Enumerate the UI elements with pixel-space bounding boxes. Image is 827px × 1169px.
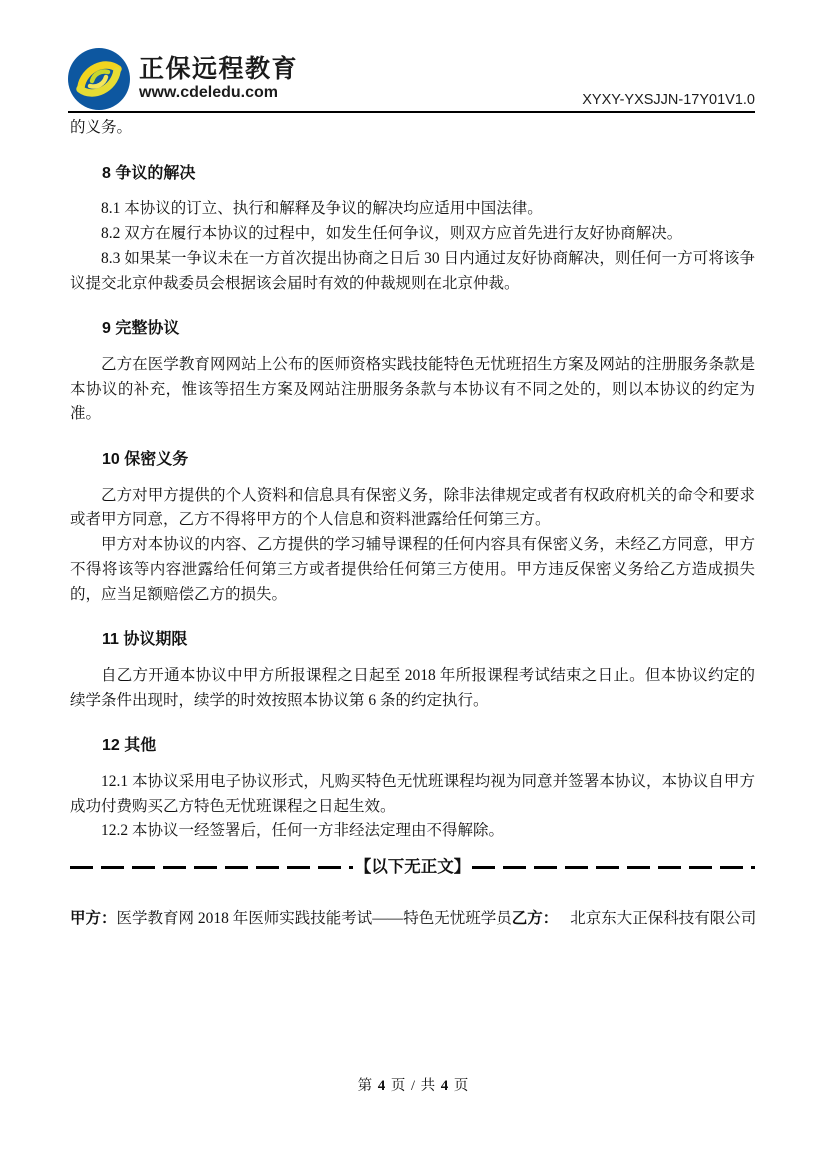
party-a-value: 医学教育网 2018 年医师实践技能考试——特色无忧班学员: [117, 910, 512, 927]
cdeledu-logo-icon: [68, 48, 130, 110]
section-12-heading: 12 其他: [70, 734, 755, 759]
page-number-middle: 页 / 共: [391, 1078, 436, 1094]
signature-row: 甲方：医学教育网 2018 年医师实践技能考试——特色无忧班学员 乙方：北京东大…: [70, 907, 755, 932]
party-a-label: 甲方：: [70, 910, 117, 927]
clause-12-1: 12.1 本协议采用电子协议形式，凡购买特色无忧班课程均视为同意并签署本协议，本…: [70, 770, 755, 819]
document-code: XYXY-YXSJJN-17Y01V1.0: [582, 92, 755, 111]
total-page-number: 4: [441, 1078, 450, 1094]
page-number-suffix: 页: [454, 1078, 470, 1094]
clause-12-2: 12.2 本协议一经签署后，任何一方非经法定理由不得解除。: [70, 819, 755, 844]
clause-11-text: 自乙方开通本协议中甲方所报课程之日起至 2018 年所报课程考试结束之日止。但本…: [70, 664, 755, 713]
clause-8-1: 8.1 本协议的订立、执行和解释及争议的解决均应适用中国法律。: [70, 197, 755, 222]
page-header: 正保远程教育 www.cdeledu.com XYXY-YXSJJN-17Y01…: [68, 46, 755, 113]
section-8-heading: 8 争议的解决: [70, 162, 755, 187]
end-of-text-label: 【以下无正文】: [353, 855, 473, 880]
section-10-heading: 10 保密义务: [70, 448, 755, 473]
clause-8-2: 8.2 双方在履行本协议的过程中，如发生任何争议，则双方应首先进行友好协商解决。: [70, 222, 755, 247]
dash-line-left: [70, 866, 353, 869]
party-b: 乙方：北京东大正保科技有限公司: [512, 907, 757, 932]
dash-line-right: [472, 866, 755, 869]
carryover-text: 的义务。: [70, 116, 755, 141]
party-b-value: 北京东大正保科技有限公司: [558, 910, 756, 927]
clause-9-text: 乙方在医学教育网网站上公布的医师资格实践技能特色无忧班招生方案及网站的注册服务条…: [70, 353, 755, 427]
end-of-text-divider: 【以下无正文】: [70, 855, 755, 880]
document-page: 正保远程教育 www.cdeledu.com XYXY-YXSJJN-17Y01…: [0, 0, 827, 1169]
clause-10-para-1: 乙方对甲方提供的个人资料和信息具有保密义务，除非法律规定或者有权政府机关的命令和…: [70, 484, 755, 533]
page-number-prefix: 第: [358, 1078, 374, 1094]
clause-10-para-2: 甲方对本协议的内容、乙方提供的学习辅导课程的任何内容具有保密义务，未经乙方同意，…: [70, 533, 755, 607]
document-body: 的义务。 8 争议的解决 8.1 本协议的订立、执行和解释及争议的解决均应适用中…: [70, 116, 755, 932]
party-a: 甲方：医学教育网 2018 年医师实践技能考试——特色无忧班学员: [70, 907, 512, 932]
brand-block: 正保远程教育 www.cdeledu.com: [68, 48, 298, 111]
current-page-number: 4: [378, 1078, 387, 1094]
brand-url: www.cdeledu.com: [139, 85, 298, 102]
party-b-label: 乙方：: [512, 910, 559, 927]
clause-8-3: 8.3 如果某一争议未在一方首次提出协商之日后 30 日内通过友好协商解决，则任…: [70, 247, 755, 296]
brand-name: 正保远程教育: [139, 56, 298, 82]
section-11-heading: 11 协议期限: [70, 628, 755, 653]
section-9-heading: 9 完整协议: [70, 317, 755, 342]
brand-text: 正保远程教育 www.cdeledu.com: [139, 56, 298, 101]
page-footer: 第 4 页 / 共 4 页: [0, 1074, 827, 1095]
